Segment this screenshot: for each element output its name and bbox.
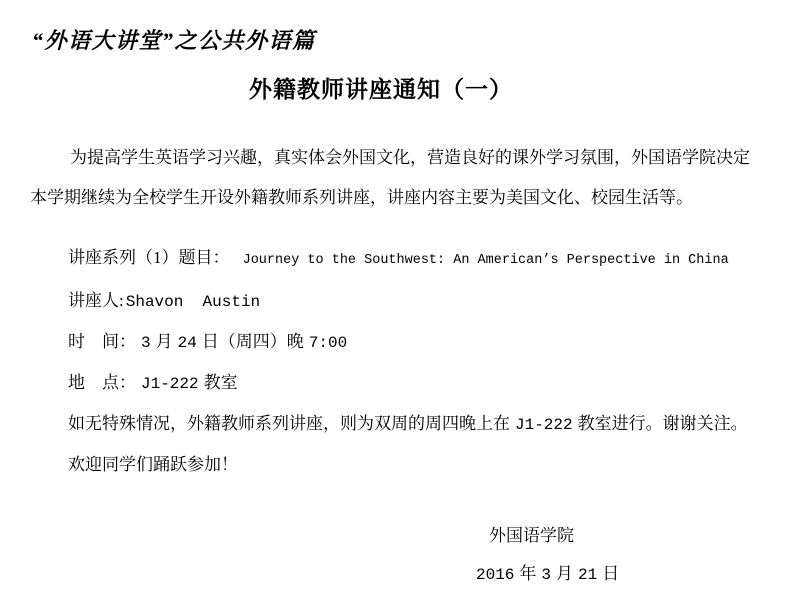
note-part-2: 教室进行。谢谢关注。 [578,414,748,433]
intro-paragraph: 为提高学生英语学习兴趣，真实体会外国文化，营造良好的课外学习氛围，外国语学院决定… [30,138,750,218]
signature: 外国语学院 [489,521,574,546]
notice-title: 外籍教师讲座通知（一） [28,71,734,104]
place-room: J1-222 [141,375,199,393]
time-month-character: 月 [156,332,173,351]
place-suffix: 教室 [204,373,238,392]
speaker-label: 讲座人: [68,291,124,310]
time-day-number: 24 [178,334,197,352]
place-label: 地 点： [68,373,136,392]
date-year-number: 2016 [476,566,514,584]
time-line: 时 间：3月24日（周四）晚7:00 [68,322,748,363]
speaker-line: 讲座人:Shavon Austin [68,281,748,322]
date-line: 2016年3月21日 [471,559,619,584]
intro-line-2: 本学期继续为全校学生开设外籍教师系列讲座，讲座内容主要为美国文化、校园生活等。 [30,178,750,218]
date-day-number: 21 [578,566,597,584]
welcome-line: 欢迎同学们踊跃参加！ [68,445,748,485]
time-day-weekday: 日（周四）晚 [202,332,304,351]
date-year-character: 年 [519,564,536,583]
lecture-details: 讲座系列（1）题目： Journey to the Southwest: An … [68,238,748,485]
topic-label: 讲座系列（1）题目： [68,248,230,267]
date-day-character: 日 [602,564,619,583]
intro-line-1: 为提高学生英语学习兴趣，真实体会外国文化，营造良好的课外学习氛围，外国语学院决定 [30,138,750,178]
time-label: 时 间： [68,332,136,351]
date-month-number: 3 [541,566,551,584]
note-room: J1-222 [515,416,573,434]
welcome-text: 欢迎同学们踊跃参加！ [68,455,238,474]
place-line: 地 点：J1-222教室 [68,363,748,404]
note-line: 如无特殊情况，外籍教师系列讲座，则为双周的周四晚上在J1-222教室进行。谢谢关… [68,404,748,445]
time-month-number: 3 [141,334,151,352]
topic-value: Journey to the Southwest: An American’s … [235,253,729,268]
topic-line: 讲座系列（1）题目： Journey to the Southwest: An … [68,238,748,281]
speaker-value: Shavon Austin [126,293,260,311]
note-part-1: 如无特殊情况，外籍教师系列讲座，则为双周的周四晚上在 [68,414,510,433]
series-tagline: “外语大讲堂”之公共外语篇 [32,24,316,55]
time-clock: 7:00 [309,334,347,352]
date-month-character: 月 [556,564,573,583]
